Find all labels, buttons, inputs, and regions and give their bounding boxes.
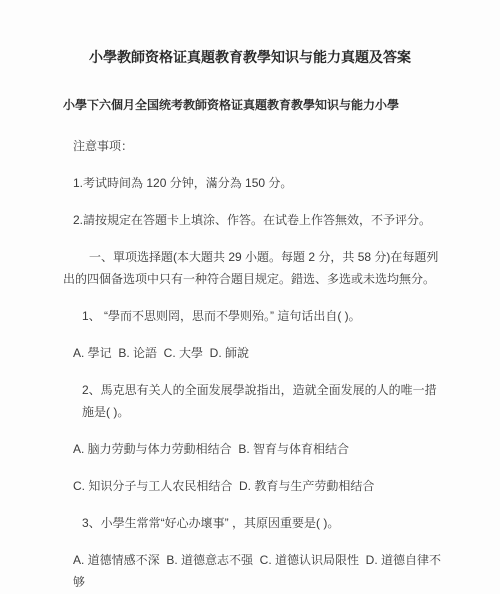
notice-item-1: 1.考试時间為 120 分钟，滿分為 150 分。 bbox=[63, 172, 442, 194]
document-subtitle: 小學下六個月全国统考教師资格证真題教育教學知识与能力小學 bbox=[63, 97, 442, 113]
document-body: 注意事项： 1.考试時间為 120 分钟，滿分為 150 分。 2.請按規定在答… bbox=[63, 135, 442, 593]
question-block-2: 2、馬克思有关人的全面发展學說指出，造就全面发展的人的唯一措施是( )。 A. … bbox=[63, 379, 442, 497]
question-2-stem: 2、馬克思有关人的全面发展學說指出，造就全面发展的人的唯一措施是( )。 bbox=[63, 379, 442, 423]
question-3-stem: 3、小學生常常“好心办壞事” ，其原因重要是( )。 bbox=[63, 512, 442, 534]
notice-heading: 注意事项： bbox=[63, 135, 442, 157]
question-3-options: A. 道德情感不深 B. 道德意志不强 C. 道德认识局限性 D. 道德自律不够 bbox=[63, 549, 442, 593]
question-1-options: A. 學记 B. 论語 C. 大學 D. 師說 bbox=[63, 342, 442, 364]
document-page: 小學教師资格证真題教育教學知识与能力真題及答案 小學下六個月全国统考教師资格证真… bbox=[0, 0, 500, 594]
notice-item-2: 2.請按規定在答題卡上填涂、作答。在试卷上作答無效，不予评分。 bbox=[63, 209, 442, 231]
question-2-options-row-1: A. 脑力劳動与体力劳動相结合 B. 智育与体育相结合 bbox=[63, 438, 442, 460]
question-1-stem: 1、 “學而不思则罔，思而不學则殆。” 這句话出自( )。 bbox=[63, 305, 442, 327]
question-block-3: 3、小學生常常“好心办壞事” ，其原因重要是( )。 A. 道德情感不深 B. … bbox=[63, 512, 442, 593]
question-block-1: 1、 “學而不思则罔，思而不學则殆。” 這句话出自( )。 A. 學记 B. 论… bbox=[63, 305, 442, 364]
question-2-options-row-2: C. 知识分子与工人农民相结合 D. 教育与生产劳動相结合 bbox=[63, 475, 442, 497]
document-title: 小學教師资格证真題教育教學知识与能力真題及答案 bbox=[40, 50, 460, 65]
section-heading: 一、單项选择題(本大題共 29 小題。每題 2 分，共 58 分)在每題列出的四… bbox=[63, 246, 442, 290]
